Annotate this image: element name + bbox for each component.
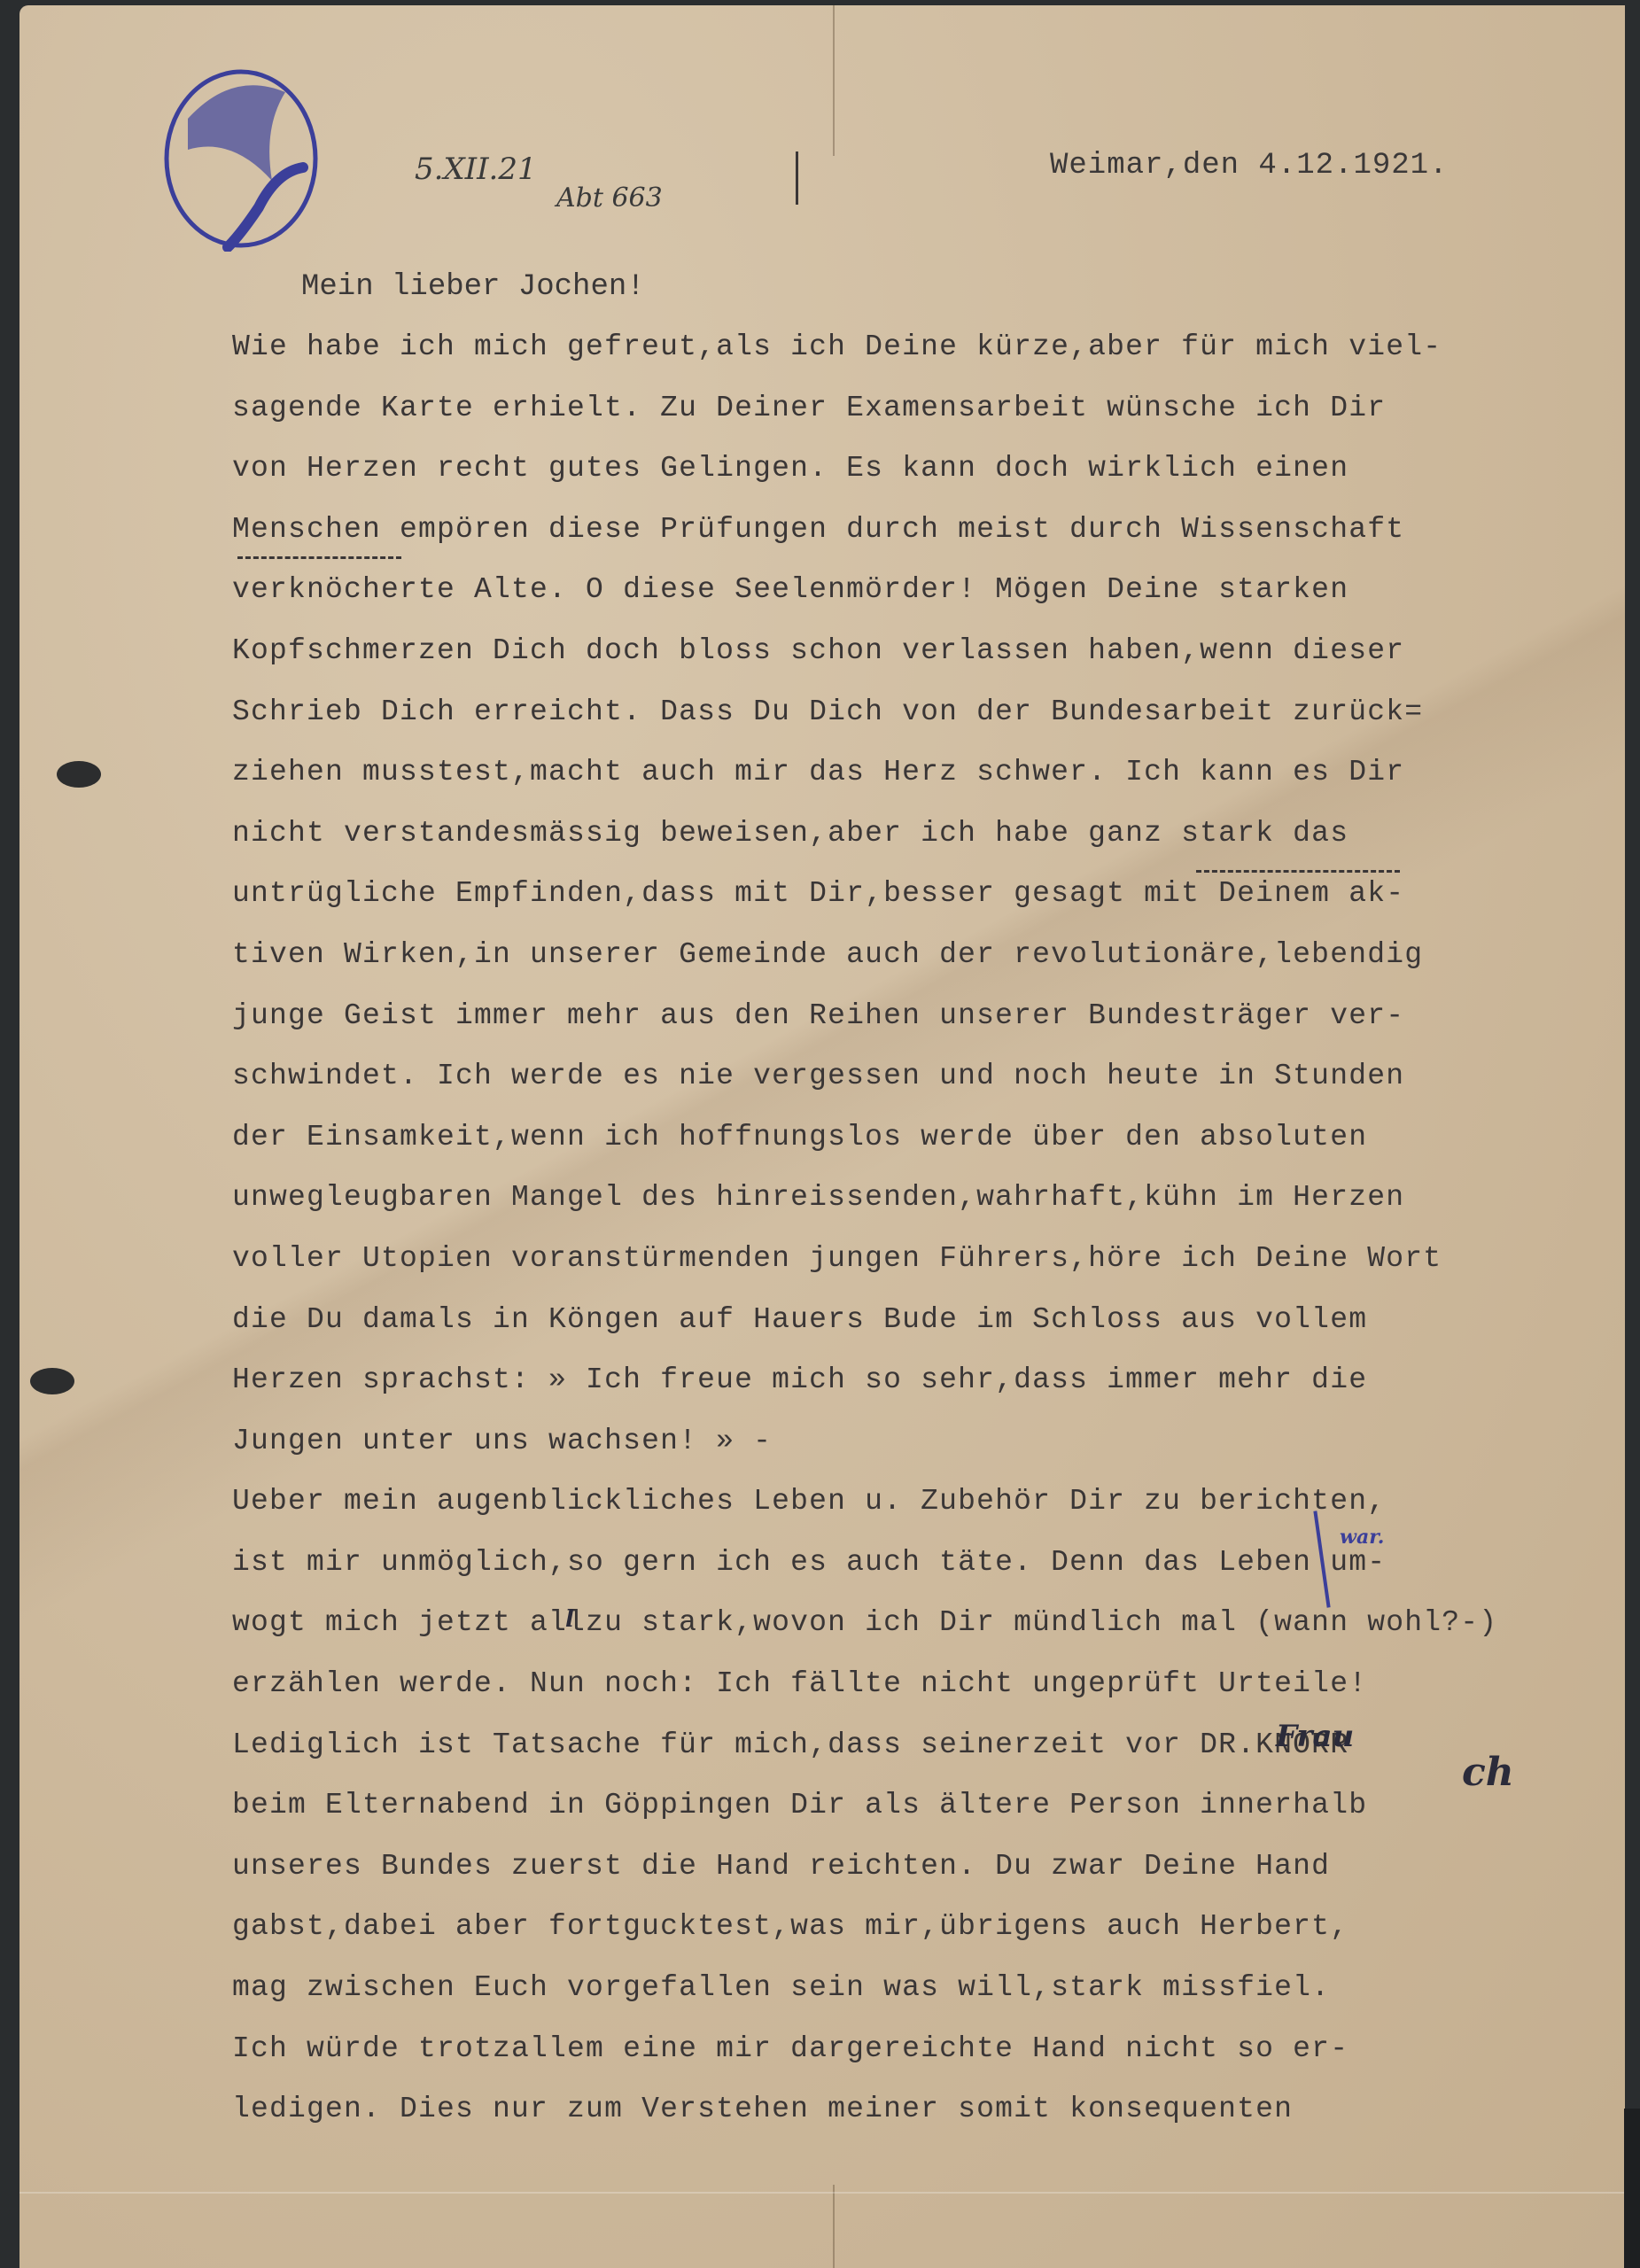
body-line: Ueber mein augenblickliches Leben u. Zub… [232, 1484, 1614, 1545]
fold-crease-horizontal [19, 2192, 1625, 2194]
body-line: ledigen. Dies nur zum Verstehen meiner s… [232, 2092, 1614, 2153]
body-line: erzählen werde. Nun noch: Ich fällte nic… [232, 1666, 1614, 1728]
emblem-stamp-icon [152, 66, 330, 252]
typed-underline-menschen [237, 556, 401, 559]
body-line: untrügliche Empfinden,dass mit Dir,besse… [232, 876, 1614, 937]
handwritten-reference-note: Abt 663 [556, 183, 663, 214]
body-line: beim Elternabend in Göppingen Dir als äl… [232, 1788, 1614, 1849]
body-line: Menschen empören diese Prüfungen durch m… [232, 512, 1614, 573]
body-line: gabst,dabei aber fortgucktest,was mir,üb… [232, 1909, 1614, 1970]
body-line: unwegleugbaren Mangel des hinreissenden,… [232, 1180, 1614, 1241]
ink-mark [796, 151, 798, 205]
handwritten-correction-war: war. [1340, 1526, 1384, 1549]
handwritten-correction-ch: ch [1462, 1750, 1514, 1795]
fold-crease-bottom [833, 2185, 835, 2268]
body-line: Lediglich ist Tatsache für mich,dass sei… [232, 1728, 1614, 1789]
handwritten-correction-l: l [565, 1606, 574, 1633]
body-line: sagende Karte erhielt. Zu Deiner Examens… [232, 391, 1614, 452]
body-line: wogt mich jetzt allzu stark,wovon ich Di… [232, 1605, 1614, 1666]
body-line: junge Geist immer mehr aus den Reihen un… [232, 998, 1614, 1060]
body-line: ist mir unmöglich,so gern ich es auch tä… [232, 1545, 1614, 1606]
punch-hole-upper [57, 761, 101, 788]
body-line: nicht verstandesmässig beweisen,aber ich… [232, 816, 1614, 877]
salutation: Mein lieber Jochen! [301, 270, 645, 304]
body-line: Schrieb Dich erreicht. Dass Du Dich von … [232, 695, 1614, 756]
fold-crease-top [833, 5, 835, 156]
body-line: schwindet. Ich werde es nie vergessen un… [232, 1059, 1614, 1120]
body-line: unseres Bundes zuerst die Hand reichten.… [232, 1849, 1614, 1910]
body-line: Herzen sprachst: » Ich freue mich so seh… [232, 1363, 1614, 1424]
handwritten-date-note: 5.XII.21 [415, 151, 537, 187]
body-line: mag zwischen Euch vorgefallen sein was w… [232, 1970, 1614, 2031]
typed-underline-ganz-stark [1196, 870, 1400, 873]
body-line: der Einsamkeit,wenn ich hoffnungslos wer… [232, 1120, 1614, 1181]
body-line: voller Utopien voranstürmenden jungen Fü… [232, 1241, 1614, 1302]
body-line: von Herzen recht gutes Gelingen. Es kann… [232, 451, 1614, 512]
scan-background-edge [1624, 2109, 1640, 2268]
letter-body: Wie habe ich mich gefreut,als ich Deine … [232, 330, 1614, 2153]
body-line: Kopfschmerzen Dich doch bloss schon verl… [232, 633, 1614, 695]
body-line: die Du damals in Köngen auf Hauers Bude … [232, 1302, 1614, 1363]
body-line: Ich würde trotzallem eine mir dargereich… [232, 2031, 1614, 2093]
body-line: verknöcherte Alte. O diese Seelenmörder!… [232, 572, 1614, 633]
punch-hole-lower [30, 1368, 74, 1394]
handwritten-correction-frau: Frau [1276, 1719, 1354, 1754]
body-line: Jungen unter uns wachsen! » - [232, 1424, 1614, 1485]
body-line: tiven Wirken,in unserer Gemeinde auch de… [232, 937, 1614, 998]
place-date: Weimar,den 4.12.1921. [1050, 149, 1448, 183]
body-line: Wie habe ich mich gefreut,als ich Deine … [232, 330, 1614, 391]
body-line: ziehen musstest,macht auch mir das Herz … [232, 755, 1614, 816]
